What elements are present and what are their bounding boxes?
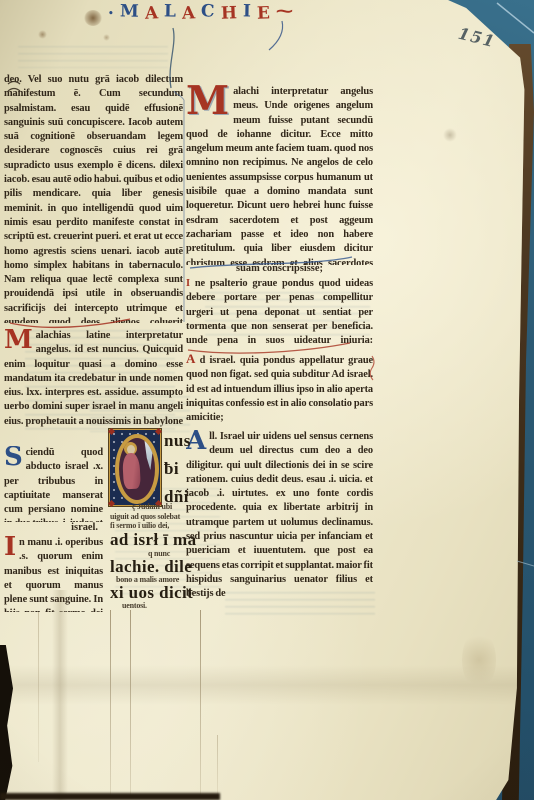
paragraph-text: ne psalterio graue pondus quod uideas de… xyxy=(186,278,373,349)
initial-I-red: I xyxy=(4,537,16,558)
initial-M-red-flourished: M xyxy=(186,86,229,117)
initial-O-ring xyxy=(115,434,159,504)
gloss-right-para4: A ll. Israel uir uidens uel sensus cerne… xyxy=(186,430,373,602)
running-title-letter: H xyxy=(220,2,238,25)
gloss-right-para2: I ne psalterio graue pondus quod uideas … xyxy=(186,277,373,349)
corner-ornament xyxy=(155,428,162,435)
manuscript-page: · M A L A C H I E ⁓ 151 deo. Vel suo nut… xyxy=(0,0,534,800)
ruling-line xyxy=(200,610,201,795)
corner-ornament xyxy=(108,428,115,435)
initial-I-red: I xyxy=(186,278,190,289)
paragraph-text: ll. Israel uir uidens uel sensus cernens… xyxy=(186,431,373,599)
running-title-dot: · xyxy=(108,2,116,24)
show-through-text xyxy=(18,46,168,68)
parchment-crease xyxy=(0,665,534,705)
running-title: · M A L A C H I E ⁓ xyxy=(108,1,298,23)
running-title-letter: I xyxy=(243,0,252,22)
photo-backdrop: · M A L A C H I E ⁓ 151 deo. Vel suo nut… xyxy=(0,0,534,800)
historiated-initial-O xyxy=(109,429,161,506)
running-title-letter: A xyxy=(144,2,159,24)
initial-A-red: A xyxy=(186,352,195,366)
interlinear-gloss: uentosi. xyxy=(122,601,147,610)
running-title-letter: E xyxy=(256,2,271,24)
ruling-line xyxy=(130,610,131,798)
paragraph-text: n manu .i. operibus .s. quorum enim mani… xyxy=(4,537,103,612)
gloss-right-para1: M alachi interpretatur angelus meus. Und… xyxy=(186,85,373,265)
corner-ornament xyxy=(108,500,115,507)
stain xyxy=(443,128,457,142)
page-bottom-edge xyxy=(0,793,220,800)
ruling-line xyxy=(38,612,39,762)
ink-stain xyxy=(103,34,110,41)
folio-number: 151 xyxy=(456,24,497,52)
interlinear-gloss: ç Judam ubi xyxy=(132,502,172,511)
bible-text-line: nus xyxy=(164,431,191,451)
initial-M-red: M xyxy=(4,330,33,351)
bible-text-line: ad isrł ī ma xyxy=(110,530,197,550)
bible-text-line: lachie. dile xyxy=(110,557,192,577)
stain xyxy=(462,630,496,690)
paragraph-text: d israel. quia pondus appellatur graue q… xyxy=(186,355,373,422)
running-title-letter: M xyxy=(120,0,140,22)
gloss-left-para2: M alachias latine interpretatur angelus.… xyxy=(4,329,183,428)
backdrop-thread xyxy=(497,3,534,33)
gloss-left-para3: S ciendū quod abducto israel .x. per tri… xyxy=(4,446,103,522)
running-title-letter: L xyxy=(164,0,177,22)
parchment-crease xyxy=(52,590,68,800)
gloss-left-para1: deo. Vel suo nutu grā iacob dilectum man… xyxy=(4,73,183,323)
ruling-line xyxy=(110,610,111,798)
interlinear-gloss: fi sermo ī uilio dei, xyxy=(110,521,169,530)
gutter-shadow xyxy=(0,645,13,800)
paragraph-text: deo. Vel suo nutu grā iacob dilectum man… xyxy=(4,74,183,323)
bible-text-line: ƀi xyxy=(164,459,179,479)
gloss-right-para3: A d israel. quia pondus appellatur graue… xyxy=(186,352,373,422)
bible-text-line: xi uos dicit xyxy=(110,583,193,603)
running-title-letter: A xyxy=(182,2,197,24)
running-title-flourish: ⁓ xyxy=(275,0,293,22)
running-title-letter: C xyxy=(201,0,216,22)
interlinear-gloss: uiguit ad quos solebat xyxy=(110,512,180,521)
ink-stain xyxy=(38,30,47,39)
ruling-line xyxy=(217,735,218,798)
angel-wing xyxy=(142,440,154,470)
gloss-left-para4: I n manu .i. operibus .s. quorum enim ma… xyxy=(4,536,103,612)
gloss-right-para1-closing: suam conscripsisse; xyxy=(186,262,373,276)
ink-stain xyxy=(84,10,102,26)
initial-S-blue: S xyxy=(4,447,23,468)
gloss-left-para3-end: israel. xyxy=(36,521,98,535)
prophet-figure xyxy=(122,453,141,490)
